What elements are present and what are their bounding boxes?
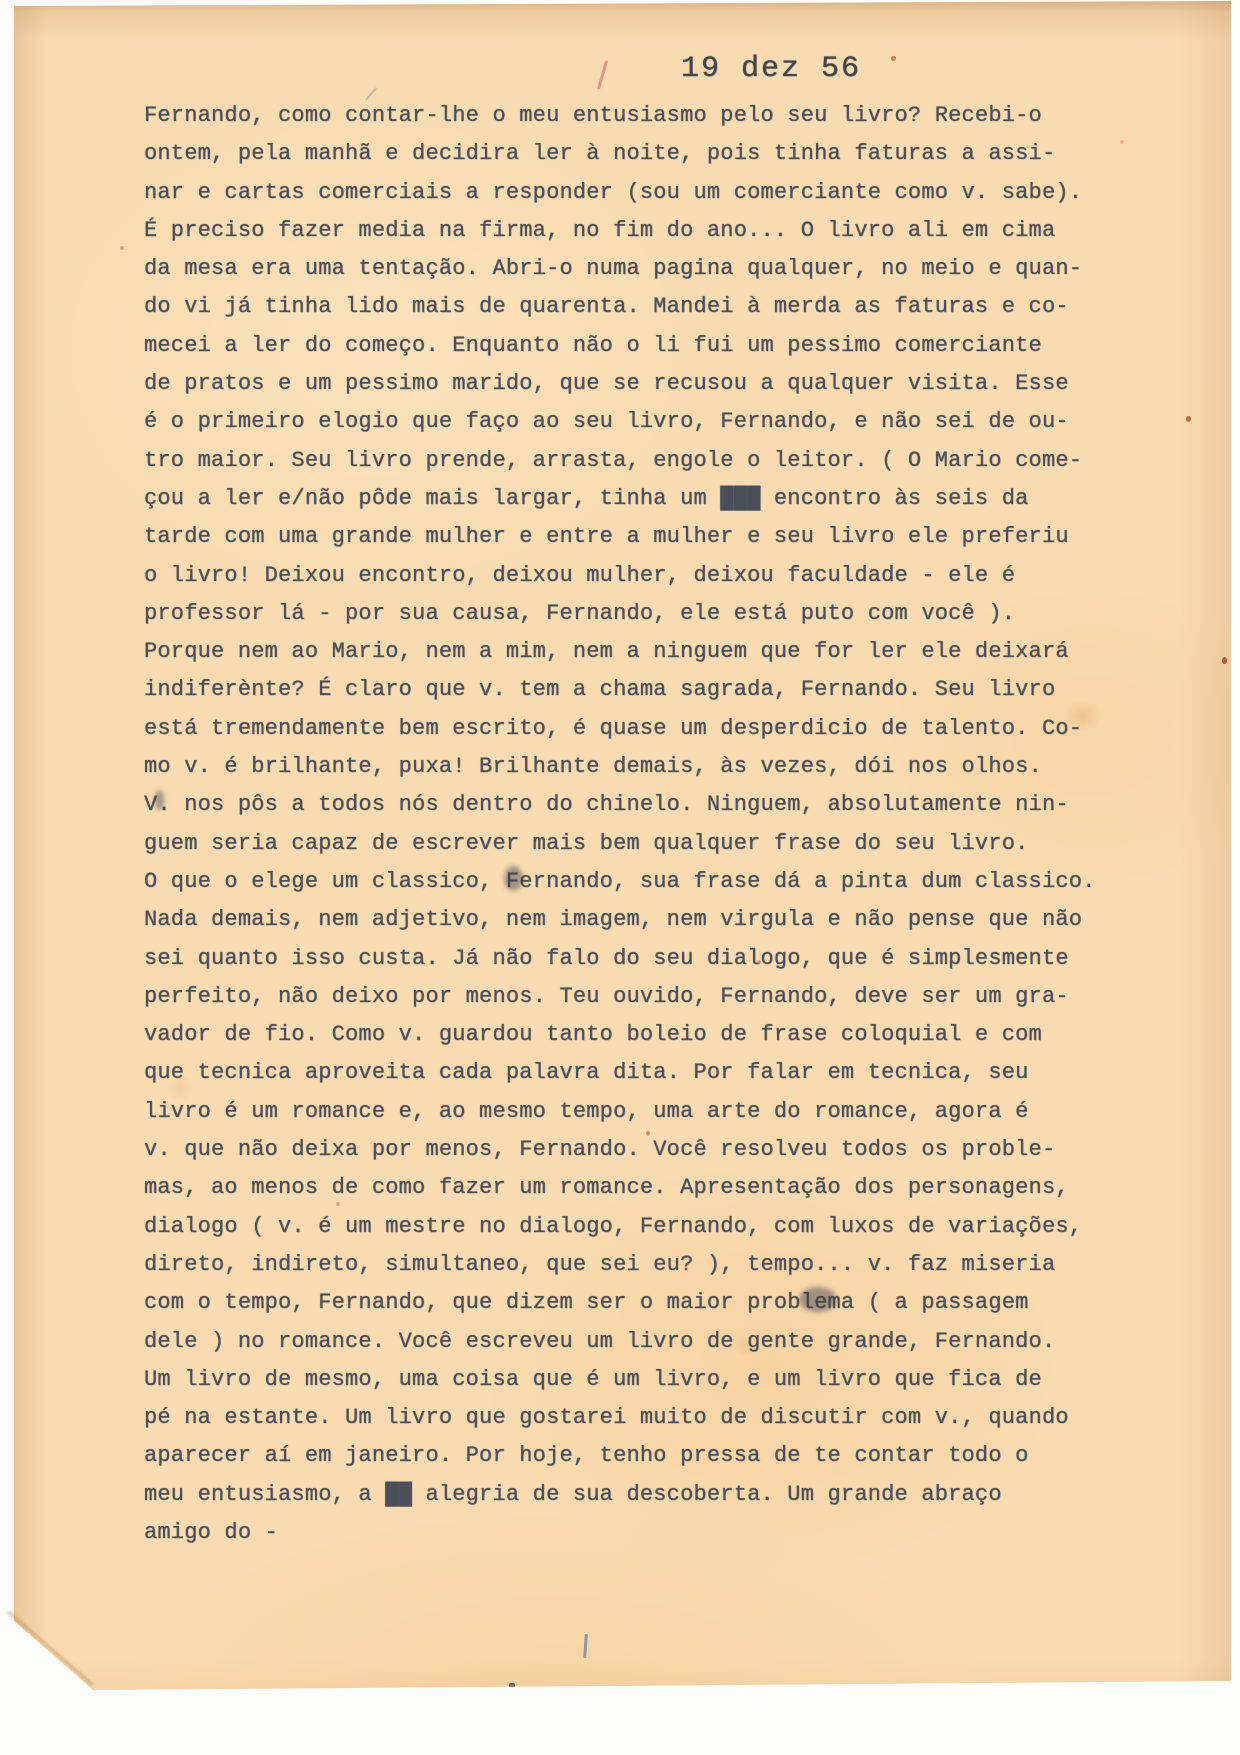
letter-line: tro maior. Seu livro prende, arrasta, en…: [144, 442, 1144, 480]
letter-date: 19 dez 56: [681, 52, 861, 86]
rust-speck: [336, 1202, 340, 1206]
letter-line: perfeito, não deixo por menos. Teu ouvid…: [144, 978, 1144, 1016]
letter-line: amigo do -: [144, 1514, 1144, 1552]
letter-line: dele ) no romance. Você escreveu um livr…: [144, 1323, 1144, 1361]
letter-line: da mesa era uma tentação. Abri-o numa pa…: [144, 250, 1144, 288]
pink-pen-mark: [597, 60, 608, 90]
letter-line: Nada demais, nem adjetivo, nem imagem, n…: [144, 901, 1144, 939]
letter-body: Fernando, como contar-lhe o meu entusias…: [144, 97, 1144, 1552]
letter-line: tarde com uma grande mulher e entre a mu…: [144, 518, 1144, 556]
letter-line: vador de fio. Como v. guardou tanto bole…: [144, 1016, 1144, 1054]
letter-line: çou a ler e/não pôde mais largar, tinha …: [144, 480, 1144, 518]
rust-speck: [1222, 657, 1227, 664]
letter-line: que tecnica aproveita cada palavra dita.…: [144, 1054, 1144, 1092]
rust-speck: [1120, 140, 1124, 144]
letter-line: com o tempo, Fernando, que dizem ser o m…: [144, 1284, 1144, 1322]
letter-line: direto, indireto, simultaneo, que sei eu…: [144, 1246, 1144, 1284]
letter-line: mo v. é brilhante, puxa! Brilhante demai…: [144, 748, 1144, 786]
ink-smudge: [504, 866, 523, 891]
letter-line: aparecer aí em janeiro. Por hoje, tenho …: [144, 1437, 1144, 1475]
letter-line: mas, ao menos de como fazer um romance. …: [144, 1169, 1144, 1207]
letter-page: 19 dez 56 Fernando, como contar-lhe o me…: [0, 0, 1240, 1755]
letter-line: dialogo ( v. é um mestre no dialogo, Fer…: [144, 1208, 1144, 1246]
letter-line: mecei a ler do começo. Enquanto não o li…: [144, 327, 1144, 365]
letter-line: v. que não deixa por menos, Fernando. Vo…: [144, 1131, 1144, 1169]
letter-line: sei quanto isso custa. Já não falo do se…: [144, 940, 1144, 978]
letter-line: professor lá - por sua causa, Fernando, …: [144, 595, 1144, 633]
rust-speck: [120, 246, 124, 250]
ink-smudge: [799, 1287, 837, 1312]
letter-line: do vi já tinha lido mais de quarenta. Ma…: [144, 288, 1144, 326]
rust-speck: [757, 960, 761, 964]
ink-smudge: [155, 790, 164, 810]
letter-line: guem seria capaz de escrever mais bem qu…: [144, 825, 1144, 863]
letter-line: ontem, pela manhã e decidira ler à noite…: [144, 135, 1144, 173]
letter-line: é o primeiro elogio que faço ao seu livr…: [144, 403, 1144, 441]
rust-speck: [646, 1131, 650, 1136]
blue-pen-tick: [583, 1634, 588, 1658]
letter-line: Um livro de mesmo, uma coisa que é um li…: [144, 1361, 1144, 1399]
letter-line: livro é um romance e, ao mesmo tempo, um…: [144, 1093, 1144, 1131]
letter-line: está tremendamente bem escrito, é quase …: [144, 710, 1144, 748]
dark-speck: [509, 1683, 515, 1692]
letter-line: meu entusiasmo, a ██ alegria de sua desc…: [144, 1476, 1144, 1514]
rust-speck: [891, 56, 896, 61]
letter-line: V. nos pôs a todos nós dentro do chinelo…: [144, 786, 1144, 824]
letter-line: O que o elege um classico, Fernando, sua…: [144, 863, 1144, 901]
letter-line: nar e cartas comerciais a responder (sou…: [144, 174, 1144, 212]
letter-line: Fernando, como contar-lhe o meu entusias…: [144, 97, 1144, 135]
rust-speck: [1186, 416, 1191, 422]
letter-line: pé na estante. Um livro que gostarei mui…: [144, 1399, 1144, 1437]
letter-line: É preciso fazer media na firma, no fim d…: [144, 212, 1144, 250]
letter-line: o livro! Deixou encontro, deixou mulher,…: [144, 557, 1144, 595]
letter-line: indiferènte? É claro que v. tem a chama …: [144, 671, 1144, 709]
letter-line: Porque nem ao Mario, nem a mim, nem a ni…: [144, 633, 1144, 671]
letter-line: de pratos e um pessimo marido, que se re…: [144, 365, 1144, 403]
